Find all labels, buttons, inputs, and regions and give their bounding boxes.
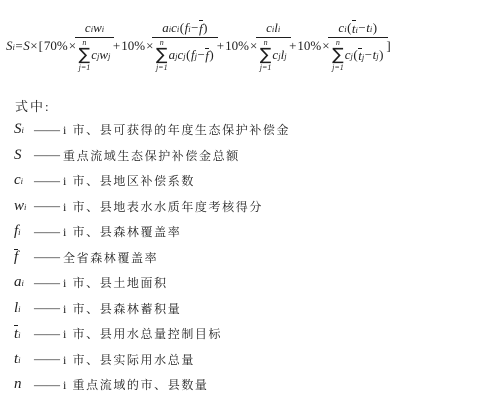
definition-dash: —— — [34, 147, 60, 163]
fraction: ci(ti−ti)n∑j=1cj(tj−tj) — [332, 20, 384, 73]
definition-text: 全省森林覆盖率 — [63, 249, 158, 266]
formula-operator: − — [364, 47, 372, 63]
summation-symbol: n∑j=1 — [79, 39, 91, 73]
definition-variable: ti — [14, 325, 34, 342]
definition-text: i 市、县地区补偿系数 — [63, 172, 195, 189]
formula-variable: wj — [99, 47, 110, 63]
summation-symbol: n∑j=1 — [260, 39, 272, 73]
definition-text: i 市、县土地面积 — [63, 274, 168, 291]
formula-operator: 10% — [225, 38, 250, 54]
formula-operator: + — [289, 38, 297, 54]
definition-dash: —— — [34, 224, 60, 240]
formula-variable: cj — [345, 47, 353, 63]
formula-operator: ) — [379, 47, 384, 63]
formula-variable: li — [274, 20, 280, 36]
formula-operator: 70% — [43, 38, 68, 54]
definition-text: i 重点流域的市、县数量 — [63, 376, 209, 393]
fraction: ciwin∑j=1cjwj — [79, 20, 111, 73]
definition-text: i 市、县用水总量控制目标 — [63, 325, 222, 342]
definition-row: n —— i 重点流域的市、县数量 — [14, 372, 500, 398]
formula-operator: − — [197, 47, 205, 63]
formula-operator: × — [68, 38, 76, 54]
formula-variable: ai — [162, 20, 171, 36]
definition-variable: ci — [14, 172, 34, 189]
definition-variable: ai — [14, 274, 34, 291]
definition-variable: wi — [14, 198, 34, 215]
formula-variable: cj — [272, 47, 280, 63]
definition-dash: —— — [34, 198, 60, 214]
definition-dash: —— — [34, 173, 60, 189]
formula-operator: × — [146, 38, 154, 54]
fraction: aici(fi−f)n∑j=1ajcj(fj−f) — [156, 20, 214, 73]
definition-variable: n — [14, 376, 34, 393]
definition-dash: —— — [34, 249, 60, 265]
fraction: cilin∑j=1cjlj — [260, 20, 287, 73]
definition-text: i 市、县可获得的年度生态保护补偿金 — [63, 121, 290, 138]
formula-variable: lj — [281, 47, 287, 63]
definition-dash: —— — [34, 275, 60, 291]
definition-dash: —— — [34, 351, 60, 367]
formula-operator: + — [216, 38, 224, 54]
definition-variable: ti — [14, 351, 34, 368]
formula-variable: aj — [169, 47, 178, 63]
formula-operator: − — [358, 20, 366, 36]
definition-row: fi —— i 市、县森林覆盖率 — [14, 219, 500, 245]
compensation-formula: Si=S×[70%×ciwin∑j=1cjwj+10%×aici(fi−f)n∑… — [0, 2, 500, 90]
definition-row: ai —— i 市、县土地面积 — [14, 270, 500, 296]
formula-operator: 10% — [297, 38, 322, 54]
formula-operator: × — [30, 38, 38, 54]
definition-row: wi —— i 市、县地表水水质年度考核得分 — [14, 194, 500, 220]
definition-row: li —— i 市、县森林蓄积量 — [14, 296, 500, 322]
definition-row: ti —— i 市、县用水总量控制目标 — [14, 321, 500, 347]
definition-dash: —— — [34, 300, 60, 316]
formula-operator: = — [15, 38, 23, 54]
formula-variable: ci — [266, 20, 274, 36]
definition-dash: —— — [34, 326, 60, 342]
formula-operator: ) — [209, 47, 214, 63]
definition-text: i 市、县地表水水质年度考核得分 — [63, 198, 263, 215]
formula-operator: + — [112, 38, 120, 54]
definition-dash: —— — [34, 377, 60, 393]
formula-operator: ) — [203, 20, 208, 36]
definition-variable: S — [14, 147, 34, 164]
definition-variable: f — [14, 249, 34, 266]
where-label: 式中: — [15, 96, 500, 115]
definition-text: i 市、县森林覆盖率 — [63, 223, 181, 240]
definition-row: f —— 全省森林覆盖率 — [14, 245, 500, 271]
summation-symbol: n∑j=1 — [332, 39, 344, 73]
definition-variable: li — [14, 300, 34, 317]
definitions-list: Si —— i 市、县可获得的年度生态保护补偿金 S —— 重点流域生态保护补偿… — [14, 117, 500, 398]
formula-operator: ] — [386, 38, 391, 54]
definition-row: Si —— i 市、县可获得的年度生态保护补偿金 — [14, 117, 500, 143]
definition-row: S —— 重点流域生态保护补偿金总额 — [14, 143, 500, 169]
formula-operator: × — [322, 38, 330, 54]
formula-operator: − — [191, 20, 199, 36]
formula-variable: Si — [6, 38, 15, 54]
definition-variable: Si — [14, 121, 34, 138]
formula-operator: 10% — [121, 38, 146, 54]
definition-text: 重点流域生态保护补偿金总额 — [63, 147, 240, 164]
definition-row: ti —— i 市、县实际用水总量 — [14, 347, 500, 373]
document-page: Si=S×[70%×ciwin∑j=1cjwj+10%×aici(fi−f)n∑… — [0, 0, 500, 403]
formula-variable: ci — [171, 20, 179, 36]
formula-variable: ci — [85, 20, 93, 36]
definition-text: i 市、县森林蓄积量 — [63, 300, 181, 317]
formula-variable: cj — [177, 47, 185, 63]
formula-operator: ) — [372, 20, 377, 36]
formula-operator: × — [249, 38, 257, 54]
definition-row: ci —— i 市、县地区补偿系数 — [14, 168, 500, 194]
formula-variable: ci — [338, 20, 346, 36]
definition-variable: fi — [14, 223, 34, 240]
formula-variable: wi — [93, 20, 104, 36]
definition-dash: —— — [34, 122, 60, 138]
formula-variable: cj — [91, 47, 99, 63]
definition-text: i 市、县实际用水总量 — [63, 351, 195, 368]
summation-symbol: n∑j=1 — [156, 39, 168, 73]
